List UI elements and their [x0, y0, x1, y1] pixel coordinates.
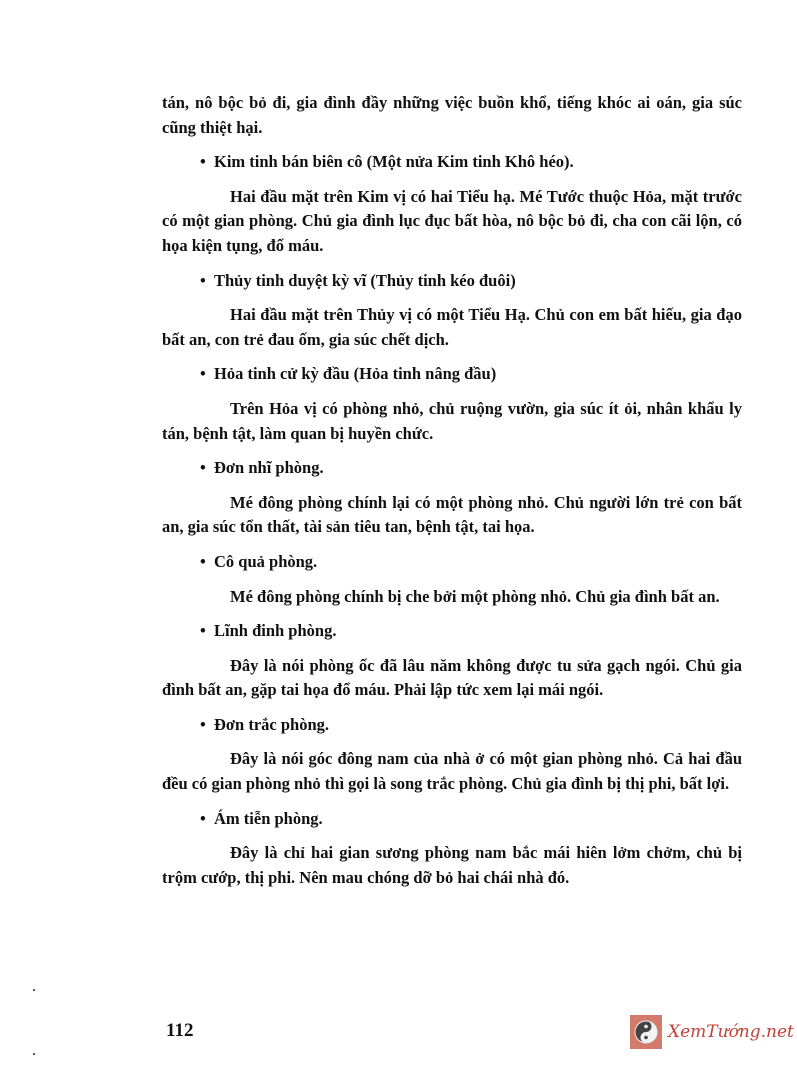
- section-heading-co-qua-phong: •Cô quả phòng.: [200, 550, 742, 575]
- paragraph: Hai đầu mặt trên Thủy vị có một Tiểu Hạ.…: [162, 303, 742, 352]
- paragraph: Trên Hỏa vị có phòng nhỏ, chủ ruộng vườn…: [162, 397, 742, 446]
- paragraph-continuation: tán, nô bộc bỏ đi, gia đình đầy những vi…: [162, 91, 742, 140]
- section-heading-don-trac-phong: •Đơn trắc phòng.: [200, 713, 742, 738]
- bullet-icon: •: [200, 807, 214, 832]
- section-heading-am-tien-phong: •Ám tiễn phòng.: [200, 807, 742, 832]
- section-heading-thuy-tinh: •Thủy tinh duyệt kỳ vĩ (Thủy tinh kéo đu…: [200, 269, 742, 294]
- paragraph: Đây là chỉ hai gian sương phòng nam bắc …: [162, 841, 742, 890]
- heading-text: Thủy tinh duyệt kỳ vĩ (Thủy tinh kéo đuô…: [214, 271, 516, 290]
- bullet-icon: •: [200, 550, 214, 575]
- page-number: 112: [166, 1020, 193, 1042]
- heading-text: Đơn nhĩ phòng.: [214, 458, 324, 477]
- paragraph: Mé đông phòng chính lại có một phòng nhỏ…: [162, 491, 742, 540]
- bullet-icon: •: [200, 269, 214, 294]
- bullet-icon: •: [200, 713, 214, 738]
- heading-text: Ám tiễn phòng.: [214, 809, 323, 828]
- paragraph: Đây là nói phòng ốc đã lâu năm không đượ…: [162, 654, 742, 703]
- heading-text: Cô quả phòng.: [214, 552, 317, 571]
- page-body: tán, nô bộc bỏ đi, gia đình đầy những vi…: [162, 91, 742, 890]
- section-heading-hoa-tinh: •Hỏa tinh cử kỳ đầu (Hỏa tinh nâng đầu): [200, 362, 742, 387]
- bullet-icon: •: [200, 456, 214, 481]
- bullet-icon: •: [200, 362, 214, 387]
- bullet-icon: •: [200, 619, 214, 644]
- bullet-icon: •: [200, 150, 214, 175]
- section-heading-kim-tinh: •Kim tinh bán biên cô (Một nửa Kim tinh …: [200, 150, 742, 175]
- heading-text: Đơn trắc phòng.: [214, 715, 329, 734]
- watermark-logo: XemTướng.net: [630, 1014, 794, 1050]
- section-heading-don-nhi-phong: •Đơn nhĩ phòng.: [200, 456, 742, 481]
- paragraph: Hai đầu mặt trên Kim vị có hai Tiểu hạ. …: [162, 185, 742, 259]
- scan-speck: [33, 989, 35, 991]
- heading-text: Kim tinh bán biên cô (Một nửa Kim tinh K…: [214, 152, 574, 171]
- watermark-text: XemTướng.net: [668, 1022, 794, 1042]
- heading-text: Hỏa tinh cử kỳ đầu (Hỏa tinh nâng đầu): [214, 364, 496, 383]
- paragraph: Mé đông phòng chính bị che bởi một phòng…: [162, 585, 742, 610]
- yin-yang-icon: [630, 1015, 662, 1049]
- heading-text: Lĩnh đinh phòng.: [214, 621, 336, 640]
- paragraph: Đây là nói góc đông nam của nhà ở có một…: [162, 747, 742, 796]
- scan-speck: [33, 1053, 35, 1055]
- section-heading-linh-dinh-phong: •Lĩnh đinh phòng.: [200, 619, 742, 644]
